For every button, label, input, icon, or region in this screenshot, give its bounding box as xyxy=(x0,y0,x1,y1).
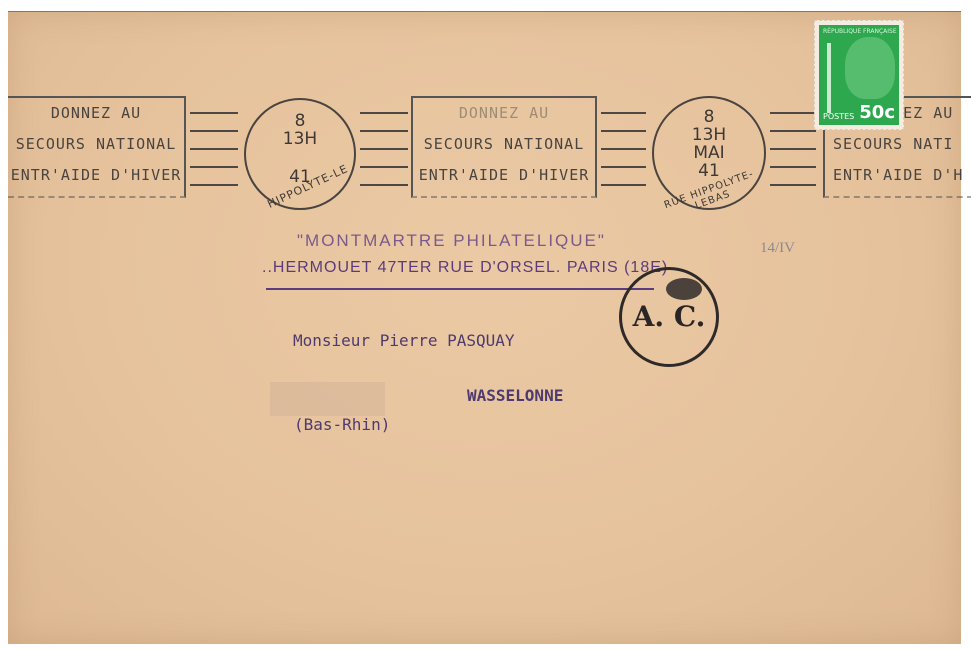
slogan-line: SECOURS NATIONAL xyxy=(413,129,595,160)
postmark-month: MAI xyxy=(654,144,764,162)
sender-address: ..HERMOUET 47TER RUE D'ORSEL. PARIS (18E… xyxy=(262,259,668,277)
sender-underline xyxy=(266,288,654,290)
stamp-label: POSTES xyxy=(823,112,854,121)
slogan-line: SECOURS NATI xyxy=(833,129,971,160)
recipient-city: WASSELONNE xyxy=(467,386,563,405)
censor-mark-text: A. C. xyxy=(633,300,706,333)
stamp-country: RÉPUBLIQUE FRANÇAISE xyxy=(823,28,897,35)
slogan-line: ENTR'AIDE D'H xyxy=(833,160,971,191)
caduceus-icon xyxy=(827,43,831,113)
wavy-lines xyxy=(770,112,816,202)
faded-erasure xyxy=(270,382,385,416)
slogan-line: DONNEZ AU xyxy=(413,98,595,129)
recipient-region: (Bas-Rhin) xyxy=(294,415,390,434)
slogan-cancel-1: DONNEZ AU SECOURS NATIONAL ENTR'AIDE D'H… xyxy=(8,96,186,198)
postmark-1: 8 13H 41 HIPPOLYTE-LE xyxy=(244,98,356,210)
slogan-line: DONNEZ AU xyxy=(8,98,184,129)
wavy-lines xyxy=(190,112,238,202)
slogan-line: ENTR'AIDE D'HIVER xyxy=(413,160,595,191)
postage-stamp: RÉPUBLIQUE FRANÇAISE POSTES 50c xyxy=(814,20,904,130)
mercury-head-icon xyxy=(845,37,895,99)
postmark-hour: 13H xyxy=(654,126,764,144)
sender-name: "MONTMARTRE PHILATELIQUE" xyxy=(297,231,606,251)
censor-mark: A. C. xyxy=(619,267,719,367)
postmark-2: 8 13H MAI 41 RUE HIPPOLYTE-LEBAS xyxy=(652,96,766,210)
slogan-line: SECOURS NATIONAL xyxy=(8,129,184,160)
ink-blot xyxy=(666,278,702,300)
recipient-name: Monsieur Pierre PASQUAY xyxy=(293,331,515,350)
stamp-design: RÉPUBLIQUE FRANÇAISE POSTES 50c xyxy=(819,25,899,125)
slogan-cancel-2: DONNEZ AU SECOURS NATIONAL ENTR'AIDE D'H… xyxy=(411,96,597,198)
postmark-hour: 13H xyxy=(246,130,354,148)
slogan-line: ENTR'AIDE D'HIVER xyxy=(8,160,184,191)
wavy-lines xyxy=(601,112,646,202)
pencil-note: 14/IV xyxy=(760,240,795,257)
postmark-day: 8 xyxy=(246,112,354,130)
postmark-day: 8 xyxy=(654,108,764,126)
wavy-lines xyxy=(360,112,408,202)
stamp-value: 50c xyxy=(859,102,895,123)
